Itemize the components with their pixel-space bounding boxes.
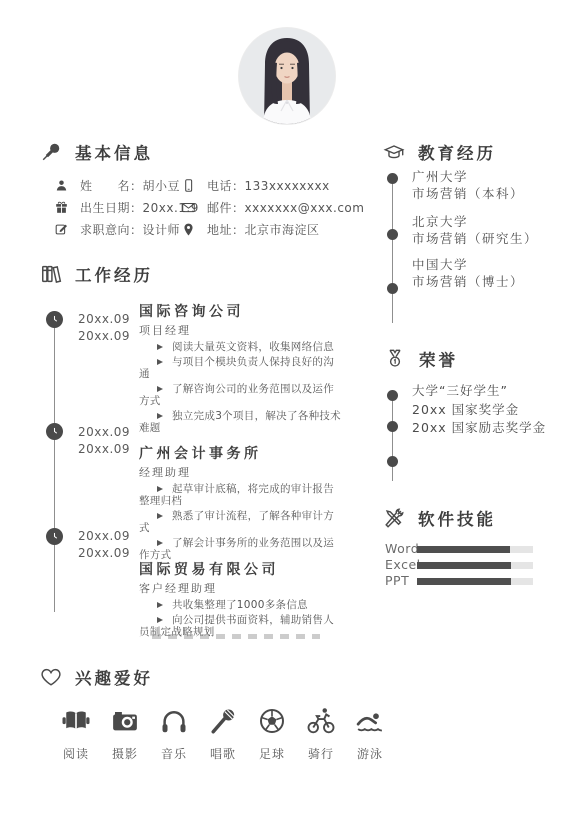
arrow-bullet-icon: [157, 486, 163, 492]
section-title-hobbies: 兴趣爱好: [75, 665, 153, 689]
job-bullet: 起草审计底稿，将完成的审计报告整理归档: [139, 483, 344, 507]
section-title-education: 教育经历: [418, 140, 496, 164]
field-phone-text: 电话：133xxxxxxxx: [207, 177, 330, 194]
education-major: 市场营销（本科）: [412, 186, 524, 203]
skill-bar: [417, 546, 533, 553]
arrow-bullet-icon: [157, 513, 163, 519]
books-icon: [40, 263, 62, 285]
education-item: 北京大学 市场营销（研究生）: [412, 214, 538, 247]
skill-label: Excel: [385, 557, 421, 572]
job-bullet: 阅读大量英文资料，收集网络信息: [139, 341, 344, 353]
skill-label: PPT: [385, 573, 409, 588]
field-phone: 电话：133xxxxxxxx: [181, 177, 330, 194]
field-email: 邮件：xxxxxxx@xxx.com: [181, 199, 364, 216]
camera-icon: [110, 706, 140, 736]
job-role: 客户经理助理: [139, 583, 344, 595]
job-dates: 20xx.09 20xx.09: [78, 528, 130, 562]
arrow-bullet-icon: [157, 359, 163, 365]
hobby-label: 阅读: [63, 745, 89, 762]
clipped-text-line: [152, 634, 320, 639]
hobbies-row: 阅读 摄影 音乐 唱歌 足球: [56, 706, 390, 762]
skill-bar: [417, 578, 533, 585]
education-timeline-line: [392, 178, 393, 323]
work-timeline-line: [54, 320, 55, 612]
section-header-education: 教育经历: [383, 140, 496, 164]
job-bullet: 与项目个模块负责人保持良好的沟通: [139, 356, 344, 380]
hobby-item: 游泳: [350, 706, 390, 762]
hobby-label: 音乐: [161, 745, 187, 762]
field-email-text: 邮件：xxxxxxx@xxx.com: [207, 199, 364, 216]
job-dates: 20xx.09 20xx.09: [78, 424, 130, 458]
soccer-ball-icon: [257, 706, 287, 736]
field-name: 姓 名：胡小豆: [54, 177, 180, 194]
swimmer-icon: [355, 706, 385, 736]
skill-bar-fill: [417, 546, 510, 553]
job-date-from: 20xx.09: [78, 424, 130, 441]
timeline-dot: [387, 456, 398, 467]
headphones-icon: [159, 706, 189, 736]
graduation-cap-icon: [383, 141, 405, 163]
section-header-hobbies: 兴趣爱好: [40, 665, 153, 689]
job-company: 国际贸易有限公司: [139, 562, 344, 578]
timeline-dot: [387, 229, 398, 240]
arrow-bullet-icon: [157, 540, 163, 546]
arrow-bullet-icon: [157, 386, 163, 392]
job-date-from: 20xx.09: [78, 311, 130, 328]
section-title-honors: 荣誉: [419, 347, 458, 371]
job-company: 国际咨询公司: [139, 304, 344, 320]
bicycle-icon: [306, 706, 336, 736]
phone-icon: [181, 178, 196, 193]
book-icon: [61, 706, 91, 736]
arrow-bullet-icon: [157, 602, 163, 608]
arrow-bullet-icon: [157, 413, 163, 419]
section-title-skills: 软件技能: [418, 506, 496, 530]
timeline-dot: [387, 173, 398, 184]
job-company: 广州会计事务所: [139, 446, 344, 462]
section-title-basic-info: 基本信息: [75, 140, 153, 164]
hobby-item: 摄影: [105, 706, 145, 762]
applicant-photo: [239, 28, 335, 124]
clock-icon: [46, 528, 63, 545]
job-block: 国际贸易有限公司 客户经理助理 共收集整理了1000多条信息 向公司提供书面资料…: [139, 562, 344, 641]
hobby-item: 骑行: [301, 706, 341, 762]
clock-icon: [46, 311, 63, 328]
education-item: 广州大学 市场营销（本科）: [412, 169, 524, 202]
hobby-label: 摄影: [112, 745, 138, 762]
skill-bar-fill: [417, 578, 511, 585]
tools-icon: [383, 507, 405, 529]
hobby-label: 足球: [259, 745, 285, 762]
hobby-label: 骑行: [308, 745, 334, 762]
clock-icon: [46, 423, 63, 440]
microphone-icon: [208, 706, 238, 736]
hobby-label: 唱歌: [210, 745, 236, 762]
hobby-label: 游泳: [357, 745, 383, 762]
education-school: 中国大学: [412, 257, 524, 274]
job-bullet: 了解咨询公司的业务范围以及运作方式: [139, 383, 344, 407]
field-name-text: 姓 名：胡小豆: [80, 177, 180, 194]
job-bullet: 熟悉了审计流程，了解各种审计方式: [139, 510, 344, 534]
mail-icon: [181, 200, 196, 215]
hobby-item: 足球: [252, 706, 292, 762]
honor-item: 大学“三好学生”: [412, 382, 546, 401]
job-dates: 20xx.09 20xx.09: [78, 311, 130, 345]
honors-list: 大学“三好学生” 20xx 国家奖学金 20xx 国家励志奖学金: [412, 382, 546, 438]
job-date-to: 20xx.09: [78, 441, 130, 458]
section-title-work: 工作经历: [75, 262, 153, 286]
education-item: 中国大学 市场营销（博士）: [412, 257, 524, 290]
job-date-to: 20xx.09: [78, 328, 130, 345]
job-bullet: 共收集整理了1000多条信息: [139, 599, 344, 611]
hobby-item: 唱歌: [203, 706, 243, 762]
section-header-work: 工作经历: [40, 262, 153, 286]
honor-item: 20xx 国家励志奖学金: [412, 419, 546, 438]
honor-item: 20xx 国家奖学金: [412, 401, 546, 420]
pushpin-icon: [40, 141, 62, 163]
education-major: 市场营销（博士）: [412, 274, 524, 291]
education-school: 北京大学: [412, 214, 538, 231]
portrait-illustration: [239, 28, 335, 124]
timeline-dot: [387, 283, 398, 294]
job-role: 项目经理: [139, 325, 344, 337]
location-icon: [181, 222, 196, 237]
medal-icon: [384, 348, 406, 370]
arrow-bullet-icon: [157, 617, 163, 623]
job-date-to: 20xx.09: [78, 545, 130, 562]
job-date-from: 20xx.09: [78, 528, 130, 545]
heart-icon: [40, 666, 62, 688]
field-address: 地址：北京市海淀区: [181, 221, 320, 238]
section-header-skills: 软件技能: [383, 506, 496, 530]
field-address-text: 地址：北京市海淀区: [207, 221, 320, 238]
gift-icon: [54, 200, 69, 215]
skill-bar-fill: [417, 562, 511, 569]
field-objective: 求职意向：设计师: [54, 221, 180, 238]
skill-bar: [417, 562, 533, 569]
timeline-dot: [387, 421, 398, 432]
education-major: 市场营销（研究生）: [412, 231, 538, 248]
field-birthdate: 出生日期：20xx.1.9: [54, 199, 199, 216]
job-role: 经理助理: [139, 467, 344, 479]
user-icon: [54, 178, 69, 193]
arrow-bullet-icon: [157, 344, 163, 350]
section-header-honors: 荣誉: [384, 347, 458, 371]
timeline-dot: [387, 390, 398, 401]
education-school: 广州大学: [412, 169, 524, 186]
field-objective-text: 求职意向：设计师: [80, 221, 180, 238]
section-header-basic-info: 基本信息: [40, 140, 153, 164]
job-block: 国际咨询公司 项目经理 阅读大量英文资料，收集网络信息 与项目个模块负责人保持良…: [139, 304, 344, 437]
skill-label: Word: [385, 541, 419, 556]
job-bullet: 独立完成3个项目，解决了各种技术难题: [139, 410, 344, 434]
hobby-item: 阅读: [56, 706, 96, 762]
job-block: 广州会计事务所 经理助理 起草审计底稿，将完成的审计报告整理归档 熟悉了审计流程…: [139, 446, 344, 564]
honors-timeline-line: [392, 396, 393, 481]
edit-icon: [54, 222, 69, 237]
hobby-item: 音乐: [154, 706, 194, 762]
job-bullet: 了解会计事务所的业务范围以及运作方式: [139, 537, 344, 561]
